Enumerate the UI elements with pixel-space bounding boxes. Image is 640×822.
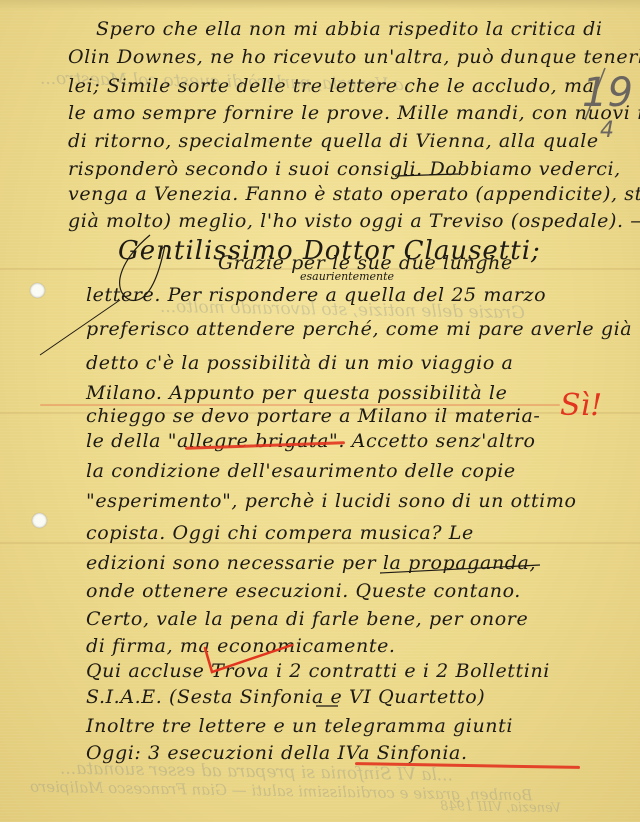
- letter-page: ...a Venezia, parlerò di questo col Maes…: [0, 0, 640, 822]
- ink-strokes: [0, 0, 640, 822]
- red-checkmark-icon: [205, 645, 292, 672]
- pencil-mark: [585, 68, 605, 120]
- ink-underline: [395, 174, 458, 176]
- ink-underline: [380, 565, 540, 573]
- ink-flourish: [40, 300, 120, 355]
- salutation-flourish: [120, 235, 165, 300]
